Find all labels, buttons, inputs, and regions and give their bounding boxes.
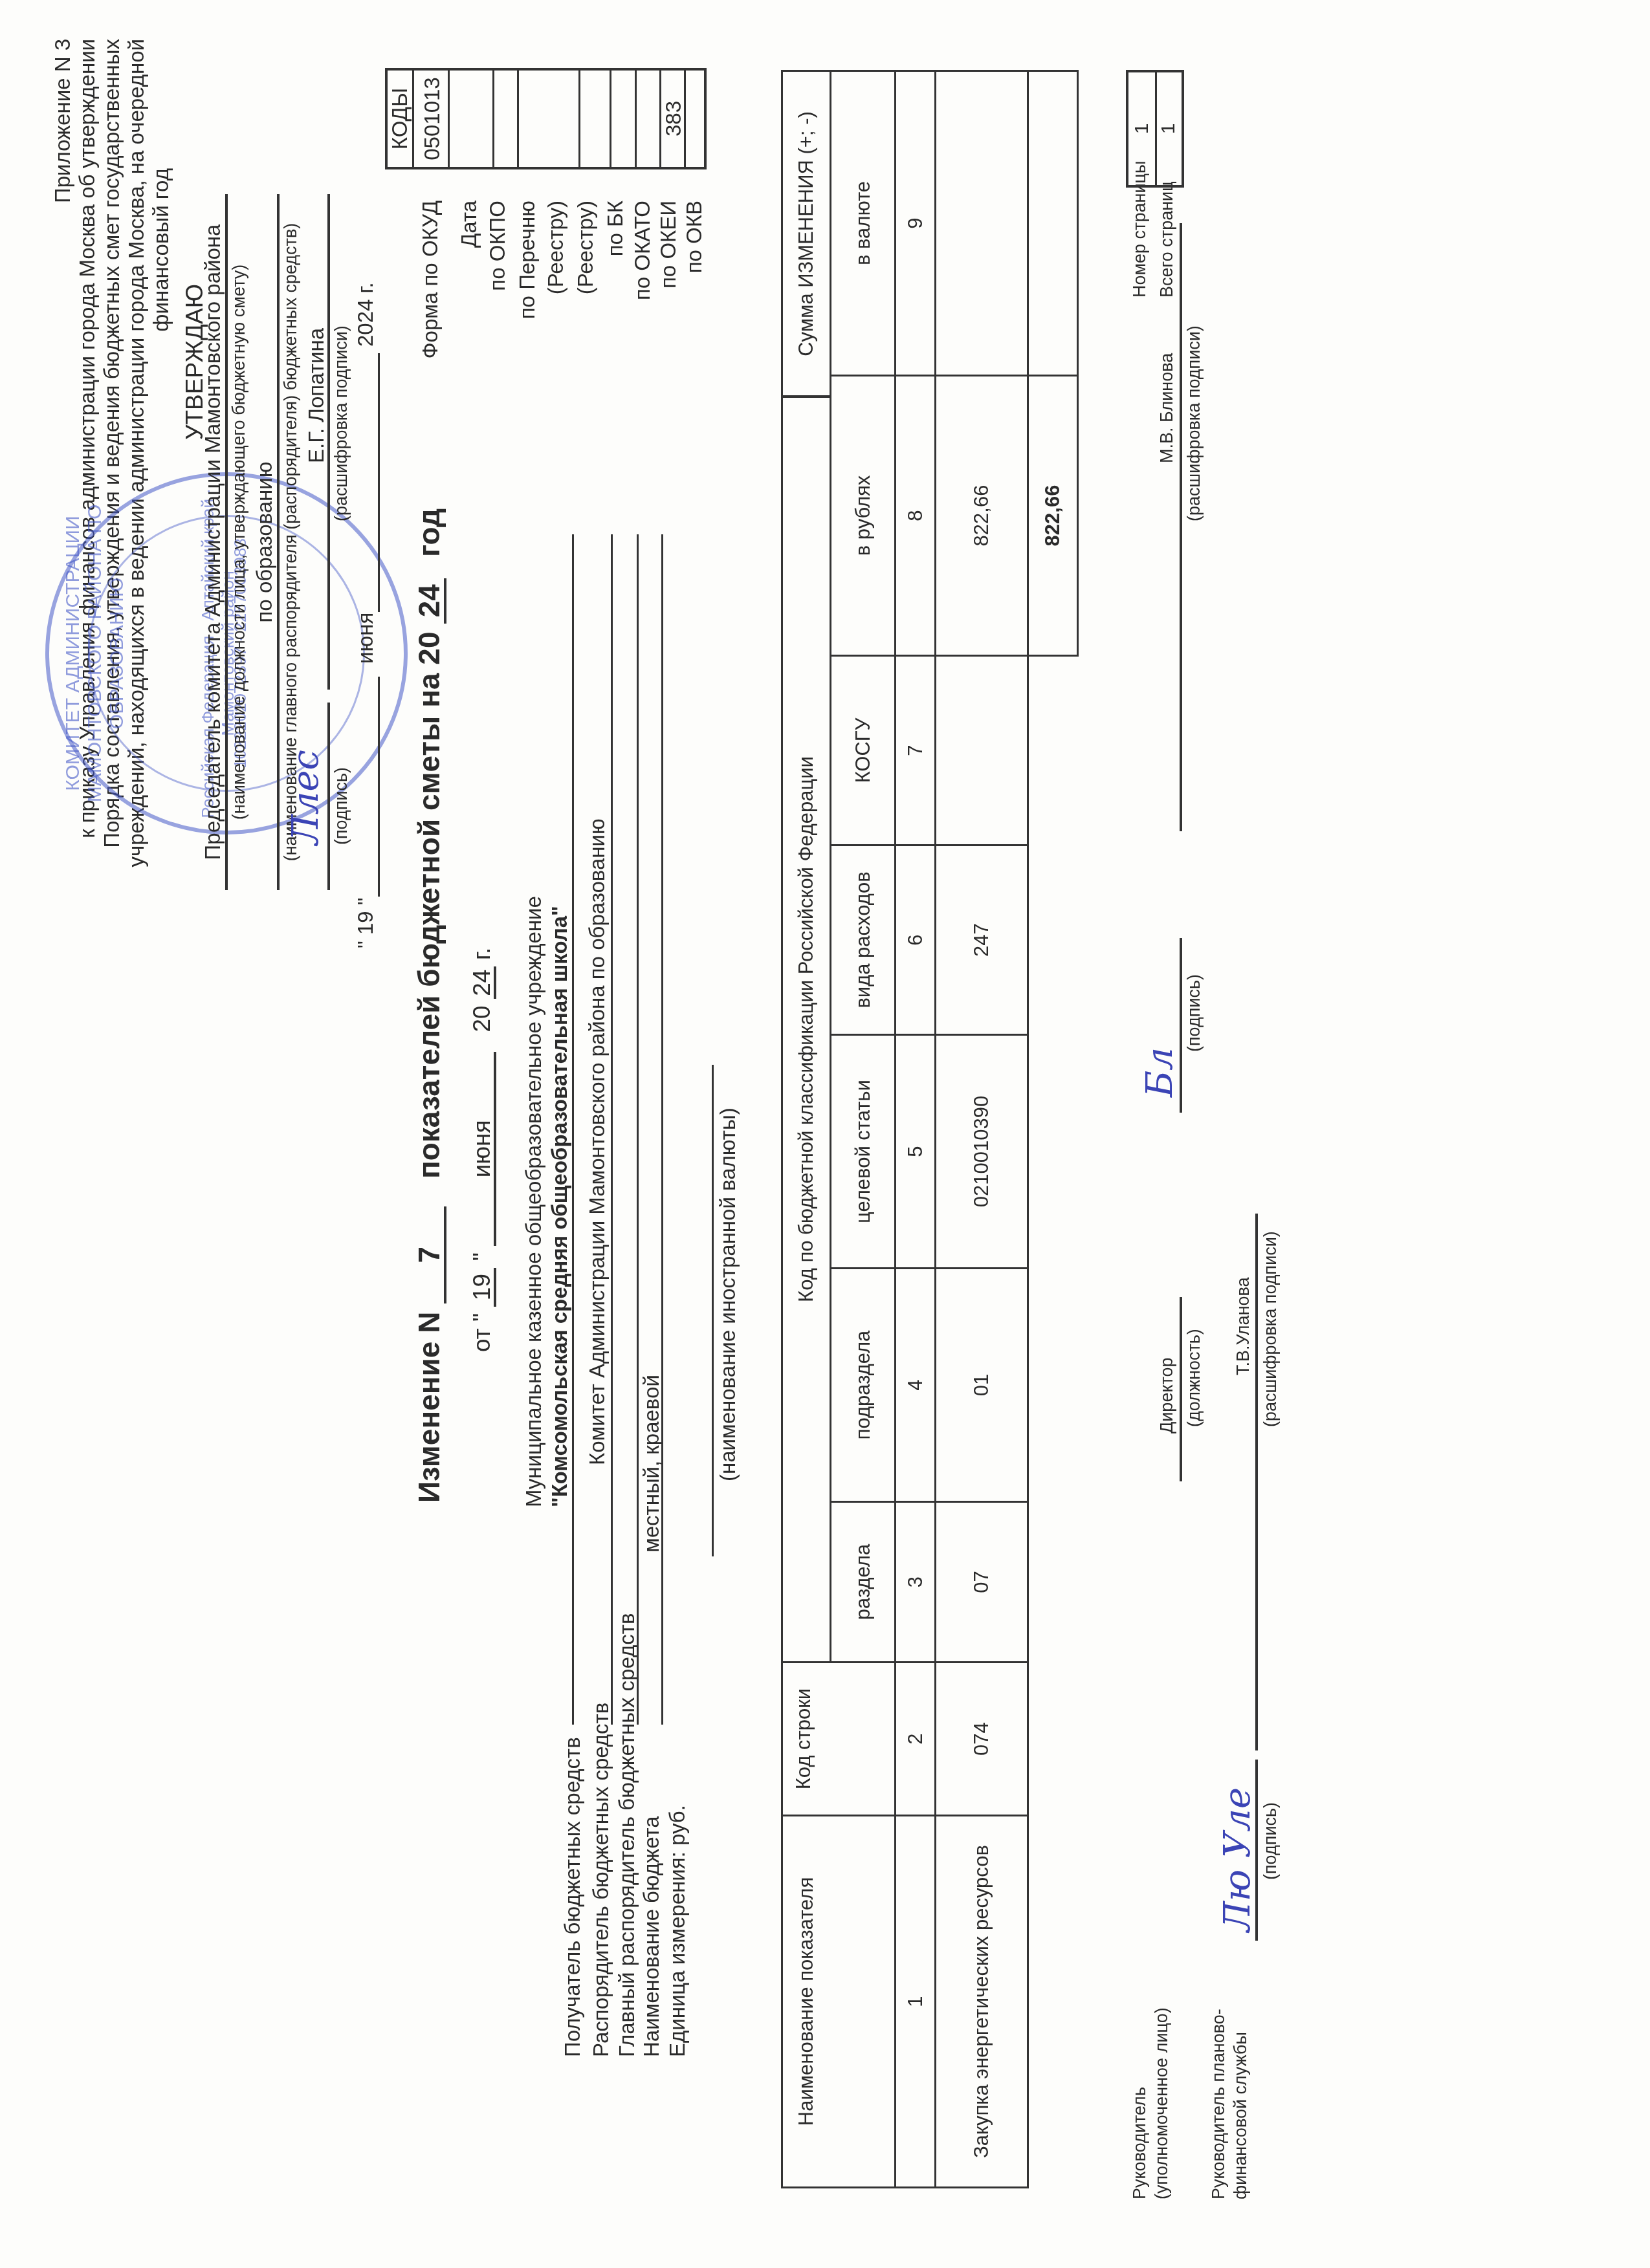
total-currency bbox=[1027, 70, 1079, 376]
rule bbox=[661, 534, 663, 1725]
rule bbox=[225, 194, 228, 890]
recipient-label: Получатель бюджетных средств bbox=[562, 1737, 583, 2057]
col-number: 9 bbox=[894, 70, 936, 376]
page-number-box: 1 1 bbox=[1126, 70, 1184, 188]
code-label-registry-2: (Реестру) bbox=[575, 201, 596, 294]
date-quote: " bbox=[468, 1252, 495, 1261]
codes-header: КОДЫ bbox=[388, 71, 412, 167]
change-date: от " 19 " июня 20 24 г. bbox=[470, 948, 496, 1352]
name-caption: (расшифровка подписи) bbox=[1185, 325, 1203, 521]
code-label-list: по Перечню bbox=[516, 201, 538, 319]
code-label-okpo: по ОКПО bbox=[487, 201, 508, 291]
header-kosgu: КОСГУ bbox=[830, 655, 896, 846]
signature-caption: (подпись) bbox=[1262, 1802, 1279, 1880]
budget-changes-table: Наименование показателя Код строки Код п… bbox=[781, 70, 1079, 2188]
signature-line bbox=[327, 703, 330, 890]
unit-label: Единица измерения: руб. bbox=[666, 1805, 688, 2057]
position-caption: (должность) bbox=[1185, 1329, 1203, 1427]
header-line-code: Код строки bbox=[781, 1661, 896, 1816]
code-okud: 0501013 bbox=[412, 71, 450, 167]
signature-caption: (подпись) bbox=[333, 767, 350, 845]
signature-line bbox=[1255, 1760, 1258, 1941]
fin-label: Руководитель планово- bbox=[1210, 2009, 1227, 2199]
fin-signature: Лю Уле bbox=[1216, 1787, 1259, 1932]
header-line: финансовый год bbox=[150, 168, 171, 332]
document-page: Приложение N 3 к приказу Управления фина… bbox=[0, 0, 1650, 2268]
code-label-okato: по ОКАТО bbox=[632, 201, 653, 300]
signature-caption: (подпись) bbox=[1185, 974, 1203, 1052]
approver-name: Е.Г. Лопатина bbox=[305, 328, 327, 463]
col-number: 7 bbox=[894, 655, 936, 846]
head-sublabel: (уполномоченное лицо) bbox=[1153, 2007, 1171, 2199]
row-razdel: 07 bbox=[934, 1501, 1029, 1663]
title-suffix: год bbox=[412, 508, 446, 557]
header-expense-type: вида расходов bbox=[830, 844, 896, 1036]
rule bbox=[277, 194, 280, 890]
header-razdel: раздела bbox=[830, 1501, 896, 1663]
code-label-date: Дата bbox=[458, 201, 479, 248]
fin-name: Т.В.Уланова bbox=[1235, 1277, 1252, 1375]
name-caption: (расшифровка подписи) bbox=[333, 325, 350, 521]
col-number: 2 bbox=[894, 1661, 936, 1816]
rule bbox=[712, 1065, 714, 1556]
institution-type: Муниципальное казенное общеобразовательн… bbox=[523, 896, 544, 1507]
name-line bbox=[1255, 1214, 1258, 1750]
row-code: 074 bbox=[934, 1661, 1029, 1816]
code-date bbox=[448, 71, 494, 167]
rule bbox=[572, 534, 574, 1725]
rule bbox=[637, 534, 639, 1725]
code-okato bbox=[635, 71, 661, 167]
head-name: М.В. Блинова bbox=[1158, 353, 1176, 463]
header-name: Наименование показателя bbox=[781, 1815, 896, 2188]
row-kosgu bbox=[934, 655, 1029, 846]
col-number: 3 bbox=[894, 1501, 936, 1663]
codes-box: КОДЫ 0501013 383 bbox=[385, 68, 707, 169]
header-rub: в рублях bbox=[830, 375, 896, 657]
date-month: июня bbox=[470, 1052, 496, 1246]
approver-position: Председатель комитета Администрации Мамо… bbox=[202, 194, 223, 890]
position-caption: (наименование должности лица, утверждающ… bbox=[230, 194, 248, 890]
main-distributor-label: Главный распорядитель бюджетных средств bbox=[616, 1613, 637, 2057]
code-label-okei: по ОКЕИ bbox=[657, 201, 679, 289]
fin-sublabel: финансовой службы bbox=[1232, 2032, 1249, 2199]
col-number: 4 bbox=[894, 1267, 936, 1503]
signature-line bbox=[1180, 938, 1182, 1113]
date-suffix: г. bbox=[468, 948, 495, 960]
name-caption: (расшифровка подписи) bbox=[1262, 1231, 1279, 1427]
code-label-registry: (Реестру) bbox=[545, 201, 566, 294]
rule bbox=[378, 353, 380, 612]
row-name: Закупка энергетических ресурсов bbox=[934, 1815, 1029, 2188]
row-rub: 822,66 bbox=[934, 375, 1029, 657]
currency-caption: (наименование иностранной валюты) bbox=[717, 1107, 738, 1481]
total-pages: 1 bbox=[1155, 72, 1182, 185]
row-currency bbox=[934, 70, 1029, 376]
date-day: 19 bbox=[470, 1268, 496, 1307]
code-okv bbox=[684, 71, 709, 167]
code-bk bbox=[610, 71, 637, 167]
header-currency: в валюте bbox=[830, 70, 896, 376]
header-podrazdel: подраздела bbox=[830, 1267, 896, 1503]
position-line bbox=[1180, 1297, 1182, 1481]
code-okei: 383 bbox=[659, 71, 686, 167]
total-pages-label: Всего страниц bbox=[1158, 181, 1176, 298]
col-number: 8 bbox=[894, 375, 936, 657]
budget-value: местный, краевой bbox=[641, 1375, 662, 1553]
change-number: 7 bbox=[414, 1206, 446, 1303]
code-okpo bbox=[492, 71, 519, 167]
col-number: 1 bbox=[894, 1815, 936, 2188]
header-target: целевой статьи bbox=[830, 1034, 896, 1269]
head-signature: Бл bbox=[1139, 1047, 1181, 1097]
page-number: 1 bbox=[1128, 72, 1157, 185]
total-rub: 822,66 bbox=[1027, 375, 1079, 657]
code-label-okv: по ОКВ bbox=[683, 201, 705, 273]
header-sum-group: Сумма ИЗМЕНЕНИЯ (+; -) bbox=[781, 70, 831, 398]
head-label: Руководитель bbox=[1131, 2087, 1149, 2199]
date-year: 24 bbox=[470, 966, 496, 999]
approval-month: июня bbox=[355, 613, 376, 664]
recipient-value: "Комсомольская средняя общеобразовательн… bbox=[549, 906, 570, 1507]
rule bbox=[611, 534, 613, 1725]
title-year: 24 bbox=[414, 578, 446, 624]
document-title: Изменение N 7 показателей бюджетной смет… bbox=[414, 508, 446, 1503]
stamp-text: КОМИТЕТ АДМИНИСТРАЦИИ МАМОНТОВСКОГО РАЙО… bbox=[62, 476, 128, 831]
distributor-value: Комитет Администрации Мамонтовского райо… bbox=[586, 818, 608, 1465]
approval-day: " 19 " bbox=[355, 898, 376, 948]
date-year-prefix: 20 bbox=[468, 1005, 495, 1032]
date-prefix: от " bbox=[468, 1313, 495, 1352]
rule bbox=[378, 677, 380, 897]
budget-label: Наименование бюджета bbox=[641, 1816, 662, 2057]
row-target: 0210010390 bbox=[934, 1034, 1029, 1269]
approver-signature: Ллес bbox=[285, 750, 327, 845]
row-expense-type: 247 bbox=[934, 844, 1029, 1036]
approver-organization: по образованию bbox=[254, 194, 275, 890]
title-text: показателей бюджетной сметы на 20 bbox=[412, 632, 446, 1179]
col-number: 5 bbox=[894, 1034, 936, 1269]
name-line bbox=[1180, 223, 1182, 831]
appendix-number: Приложение N 3 bbox=[52, 39, 73, 203]
row-podrazdel: 01 bbox=[934, 1267, 1029, 1503]
code-label-bk: по БК bbox=[604, 201, 626, 256]
col-number: 6 bbox=[894, 844, 936, 1036]
approval-year: 2024 г. bbox=[355, 282, 376, 347]
header-bk-group: Код по бюджетной классификации Российско… bbox=[781, 395, 831, 1663]
distributor-label: Распорядитель бюджетных средств bbox=[590, 1703, 611, 2057]
code-registry bbox=[578, 71, 611, 167]
code-list bbox=[517, 71, 580, 167]
head-position: Директор bbox=[1158, 1357, 1176, 1434]
title-prefix: Изменение N bbox=[412, 1312, 446, 1503]
code-label-okud: Форма по ОКУД bbox=[419, 201, 441, 359]
name-line bbox=[327, 194, 330, 690]
